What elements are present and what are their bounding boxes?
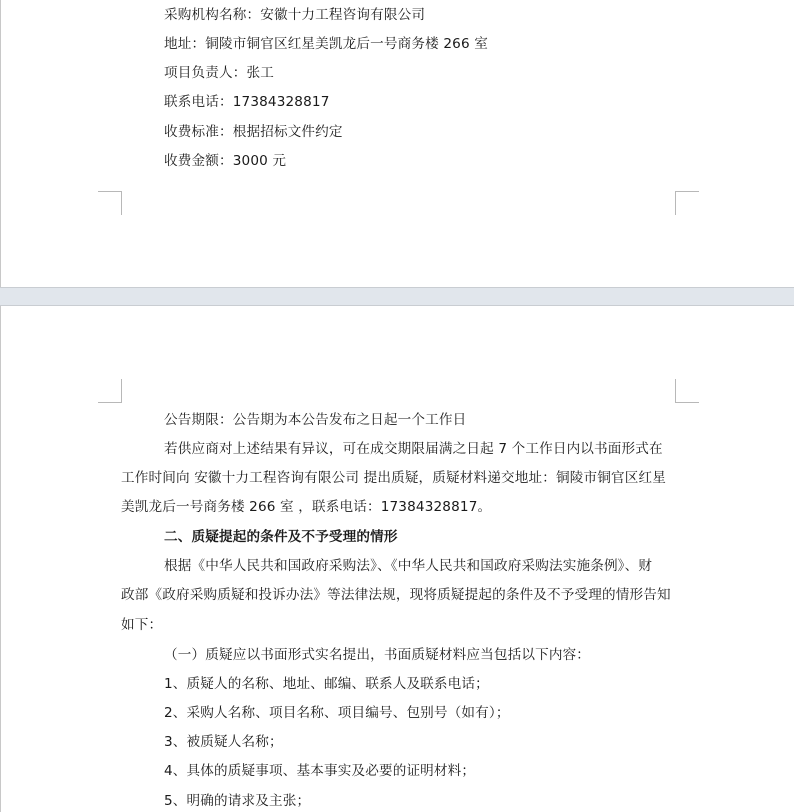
requirement-item: 1、质疑人的名称、地址、邮编、联系人及联系电话； — [164, 675, 489, 693]
margin-corner-mark-top-right-vertical — [675, 379, 676, 403]
contact-phone: 联系电话：17384328817 — [164, 93, 330, 111]
section-heading: 二、质疑提起的条件及不予受理的情形 — [164, 528, 398, 546]
margin-corner-mark-top-right — [675, 402, 699, 403]
requirement-item: 5、明确的请求及主张； — [164, 792, 310, 810]
page-separator — [0, 287, 794, 306]
margin-corner-mark-bottom-left — [98, 191, 122, 192]
legal-basis-line-1: 根据《中华人民共和国政府采购法》、《中华人民共和国政府采购法实施条例》、财 — [164, 557, 652, 575]
requirement-item: 2、采购人名称、项目名称、项目编号、包别号（如有）； — [164, 704, 510, 722]
legal-basis-line-3: 如下： — [121, 616, 162, 634]
requirement-item: 4、具体的质疑事项、基本事实及必要的证明材料； — [164, 762, 475, 780]
objection-paragraph-line-2: 工作时间向 安徽十力工程咨询有限公司 提出质疑，质疑材料递交地址：铜陵市铜官区红… — [121, 469, 666, 487]
margin-corner-mark-bottom-right-vertical — [675, 191, 676, 215]
objection-paragraph-line-1: 若供应商对上述结果有异议，可在成交期限届满之日起 7 个工作日内以书面形式在 — [164, 440, 663, 458]
margin-corner-mark-bottom-left-vertical — [121, 191, 122, 215]
document-page-2: 公告期限：公告期为本公告发布之日起一个工作日 若供应商对上述结果有异议，可在成交… — [0, 306, 794, 812]
project-manager: 项目负责人：张工 — [164, 64, 274, 82]
fee-standard: 收费标准：根据招标文件约定 — [164, 123, 343, 141]
subsection-heading: （一）质疑应以书面形式实名提出，书面质疑材料应当包括以下内容： — [164, 646, 590, 664]
requirement-item: 3、被质疑人名称； — [164, 733, 283, 751]
announcement-period: 公告期限：公告期为本公告发布之日起一个工作日 — [164, 411, 466, 429]
procurement-agency-name: 采购机构名称：安徽十力工程咨询有限公司 — [164, 6, 425, 24]
legal-basis-line-2: 政部《政府采购质疑和投诉办法》等法律法规，现将质疑提起的条件及不予受理的情形告知 — [121, 586, 671, 604]
margin-corner-mark-bottom-right — [675, 191, 699, 192]
margin-corner-mark-top-left — [98, 402, 122, 403]
agency-address: 地址：铜陵市铜官区红星美凯龙后一号商务楼 266 室 — [164, 35, 488, 53]
document-page-1: 采购机构名称：安徽十力工程咨询有限公司 地址：铜陵市铜官区红星美凯龙后一号商务楼… — [0, 0, 794, 287]
objection-paragraph-line-3: 美凯龙后一号商务楼 266 室 ，联系电话：17384328817。 — [121, 498, 491, 516]
fee-amount: 收费金额：3000 元 — [164, 152, 286, 170]
margin-corner-mark-top-left-vertical — [121, 379, 122, 403]
